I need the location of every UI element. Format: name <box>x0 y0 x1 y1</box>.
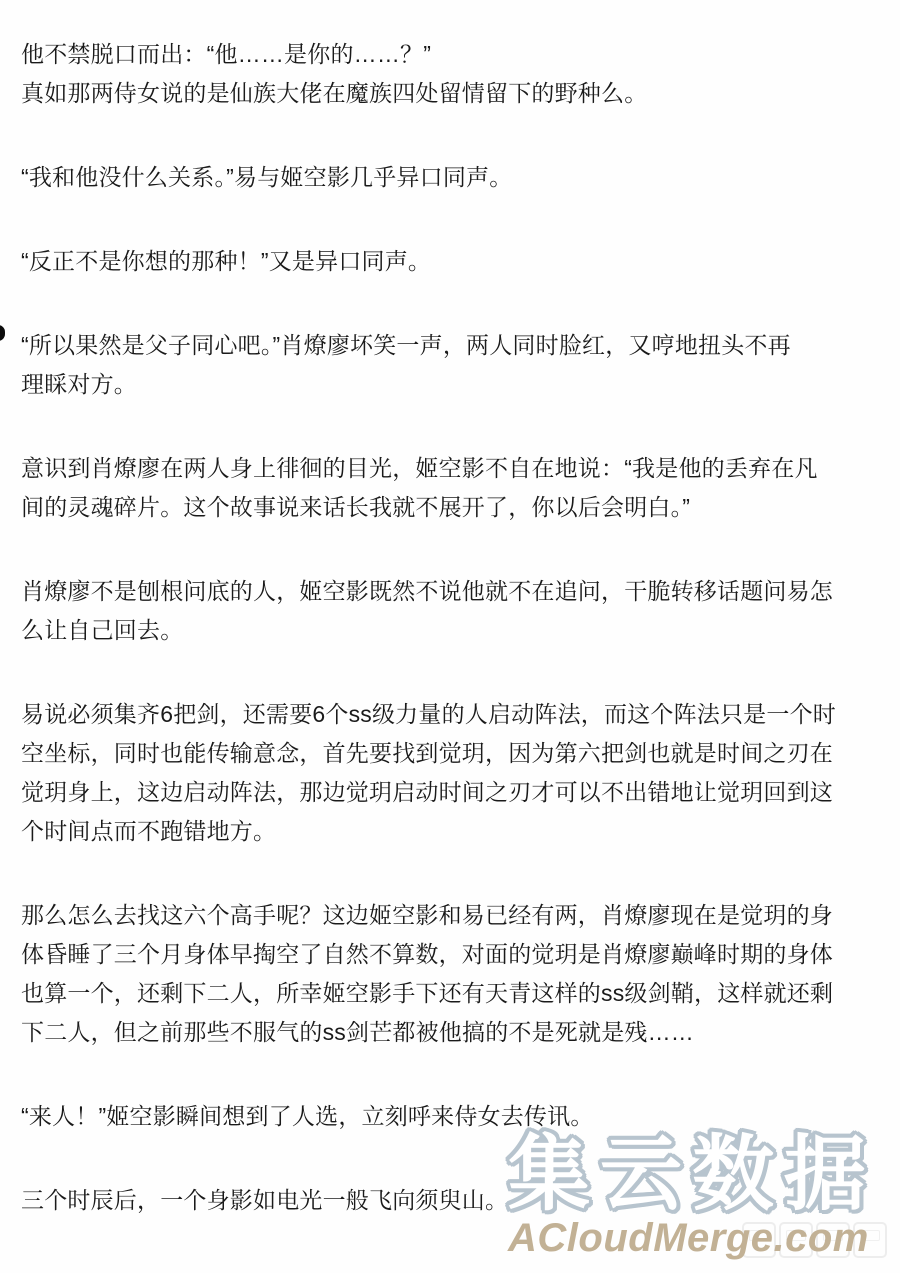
ghost-watermark-boxes <box>742 1222 887 1258</box>
text-line: 他不禁脱口而出：“他……是你的……？” <box>21 35 881 74</box>
ghost-box <box>853 1222 887 1258</box>
text-line: “来人！”姬空影瞬间想到了人选，立刻呼来侍女去传讯。 <box>21 1097 881 1136</box>
text-line: 么让自己回去。 <box>21 611 881 650</box>
paragraph: “来人！”姬空影瞬间想到了人选，立刻呼来侍女去传讯。 <box>21 1097 881 1136</box>
watermark-site-url: ACloudMerge.com <box>508 1216 869 1260</box>
paragraph: “反正不是你想的那种！”又是异口同声。 <box>21 242 881 281</box>
text-line: “反正不是你想的那种！”又是异口同声。 <box>21 242 881 281</box>
ghost-box <box>816 1222 850 1258</box>
paragraph: 三个时辰后，一个身影如电光一般飞向须臾山。 <box>21 1181 881 1220</box>
text-line: 也算一个，还剩下二人，所幸姬空影手下还有天青这样的ss级剑鞘，这样就还剩 <box>21 974 881 1013</box>
paragraph: 易说必须集齐6把剑，还需要6个ss级力量的人启动阵法，而这个阵法只是一个时 空坐… <box>21 695 881 851</box>
text-line: 易说必须集齐6把剑，还需要6个ss级力量的人启动阵法，而这个阵法只是一个时 <box>21 695 881 734</box>
text-line: 体昏睡了三个月身体早掏空了自然不算数，对面的觉玥是肖燎廖巅峰时期的身体 <box>21 935 881 974</box>
paragraph: “所以果然是父子同心吧。”肖燎廖坏笑一声，两人同时脸红，又哼地扭头不再 理睬对方… <box>21 326 881 404</box>
paragraph: 意识到肖燎廖在两人身上徘徊的目光，姬空影不自在地说：“我是他的丢弃在凡 间的灵魂… <box>21 449 881 527</box>
text-line: “所以果然是父子同心吧。”肖燎廖坏笑一声，两人同时脸红，又哼地扭头不再 <box>21 326 881 365</box>
text-line: 个时间点而不跑错地方。 <box>21 812 881 851</box>
ghost-box <box>779 1222 813 1258</box>
left-edge-handle[interactable] <box>0 325 5 341</box>
paragraph: 那么怎么去找这六个高手呢？这边姬空影和易已经有两，肖燎廖现在是觉玥的身 体昏睡了… <box>21 896 881 1052</box>
text-line: 理睬对方。 <box>21 365 881 404</box>
paragraph: 他不禁脱口而出：“他……是你的……？” 真如那两侍女说的是仙族大佬在魔族四处留情… <box>21 35 881 113</box>
text-line: 觉玥身上，这边启动阵法，那边觉玥启动时间之刃才可以不出错地让觉玥回到这 <box>21 773 881 812</box>
text-line: 下二人，但之前那些不服气的ss剑芒都被他搞的不是死就是残…… <box>21 1013 881 1052</box>
text-line: 空坐标，同时也能传输意念，首先要找到觉玥，因为第六把剑也就是时间之刃在 <box>21 734 881 773</box>
text-line: 间的灵魂碎片。这个故事说来话长我就不展开了，你以后会明白。” <box>21 488 881 527</box>
text-line: 那么怎么去找这六个高手呢？这边姬空影和易已经有两，肖燎廖现在是觉玥的身 <box>21 896 881 935</box>
ghost-box <box>742 1222 776 1258</box>
text-line: 肖燎廖不是刨根问底的人，姬空影既然不说他就不在追问，干脆转移话题问易怎 <box>21 572 881 611</box>
text-line: 意识到肖燎廖在两人身上徘徊的目光，姬空影不自在地说：“我是他的丢弃在凡 <box>21 449 881 488</box>
text-line: 三个时辰后，一个身影如电光一般飞向须臾山。 <box>21 1181 881 1220</box>
text-line: “我和他没什么关系。”易与姬空影几乎异口同声。 <box>21 158 881 197</box>
text-line: 真如那两侍女说的是仙族大佬在魔族四处留情留下的野种么。 <box>21 74 881 113</box>
novel-text-page: 他不禁脱口而出：“他……是你的……？” 真如那两侍女说的是仙族大佬在魔族四处留情… <box>21 35 881 1220</box>
paragraph: 肖燎廖不是刨根问底的人，姬空影既然不说他就不在追问，干脆转移话题问易怎 么让自己… <box>21 572 881 650</box>
paragraph: “我和他没什么关系。”易与姬空影几乎异口同声。 <box>21 158 881 197</box>
